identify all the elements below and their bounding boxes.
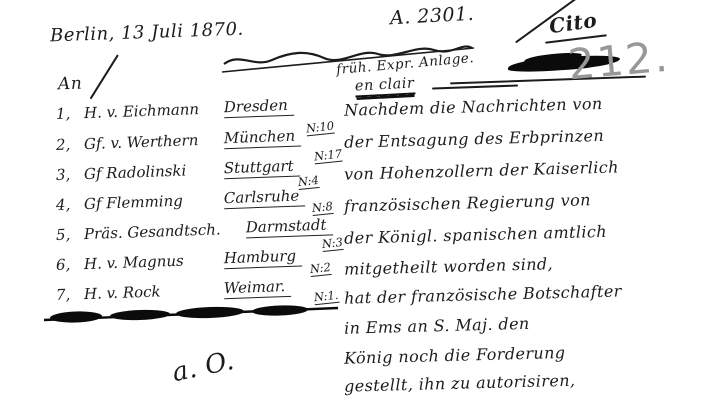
recipient-city: Hamburg xyxy=(224,246,303,269)
recipient-number: 2, xyxy=(56,136,71,154)
dispatch-line: von Hohenzollern der Kaiserlich xyxy=(344,155,704,183)
dispatch-line: hat der französische Botschafter xyxy=(344,279,704,307)
dispatch-no: N:17 xyxy=(313,147,343,165)
recipient-city: Carlsruhe xyxy=(224,186,306,209)
recipient-city: Darmstadt xyxy=(246,215,333,238)
dispatch-no: N:10 xyxy=(305,119,335,137)
dispatch-no: N:4 xyxy=(297,173,319,190)
recipient-city: Stuttgart xyxy=(224,157,300,180)
recipient-name: H. v. Eichmann xyxy=(84,100,200,122)
recipient-city: München xyxy=(224,127,302,150)
paraph: a. O. xyxy=(170,346,237,388)
recipient-number: 3, xyxy=(56,166,71,184)
an-slash-stroke xyxy=(90,54,119,99)
recipient-number: 4, xyxy=(56,196,71,214)
dispatch-no: N:8 xyxy=(311,199,333,216)
recipient-name: H. v. Rock xyxy=(84,282,161,303)
dispatch-line: König noch die Forderung xyxy=(344,339,704,367)
manuscript-scan: Berlin, 13 Juli 1870. A. 2301. Cito früh… xyxy=(0,0,704,396)
recipient-name: Gf Radolinski xyxy=(84,162,187,184)
cito-mark: Cito xyxy=(548,8,599,38)
recipient-name: Präs. Gesandtsch. xyxy=(84,220,221,243)
recipient-name: Gf Flemming xyxy=(84,192,183,213)
dateline: Berlin, 13 Juli 1870. xyxy=(50,19,244,47)
dispatch-line: in Ems an S. Maj. den xyxy=(344,309,704,337)
dispatch-line: der Königl. spanischen amtlich xyxy=(344,219,704,247)
recipient-row: 5, Präs. Gesandtsch. Darmstadt xyxy=(56,216,347,250)
an-label: An xyxy=(58,74,83,95)
dispatch-line: gestellt, ihn zu autorisiren, xyxy=(344,367,704,395)
recipient-number: 1, xyxy=(56,105,71,123)
recipient-city: Weimar. xyxy=(224,277,292,299)
recipient-city: Dresden xyxy=(224,96,295,118)
recipient-number: 6, xyxy=(56,256,71,274)
en-clair-note: en clair xyxy=(355,75,415,97)
dispatch-line: der Entsagung des Erbprinzen xyxy=(344,123,704,151)
dispatch-line: Nachdem die Nachrichten von xyxy=(344,91,704,119)
recipient-name: H. v. Magnus xyxy=(84,252,184,273)
dispatch-no: N:2 xyxy=(309,260,331,277)
dispatch-line: französischen Regierung von xyxy=(344,187,704,215)
recipient-row: 2, Gf. v. Werthern München xyxy=(56,126,347,160)
dispatch-no: N:3 xyxy=(321,235,343,252)
recipient-number: 5, xyxy=(56,226,71,244)
struck-recipient-scribble xyxy=(42,302,342,328)
recipient-row: 1, H. v. Eichmann Dresden xyxy=(56,95,347,129)
en-clair-tail-stroke xyxy=(432,84,518,89)
file-number: A. 2301. xyxy=(389,3,474,29)
recipient-row: 4, Gf Flemming Carlsruhe xyxy=(56,186,347,220)
page-number-pencil: 212. xyxy=(566,32,671,90)
dispatch-line: mitgetheilt worden sind, xyxy=(344,250,704,278)
recipient-row: 6, H. v. Magnus Hamburg xyxy=(56,246,347,280)
recipient-name: Gf. v. Werthern xyxy=(84,131,199,153)
